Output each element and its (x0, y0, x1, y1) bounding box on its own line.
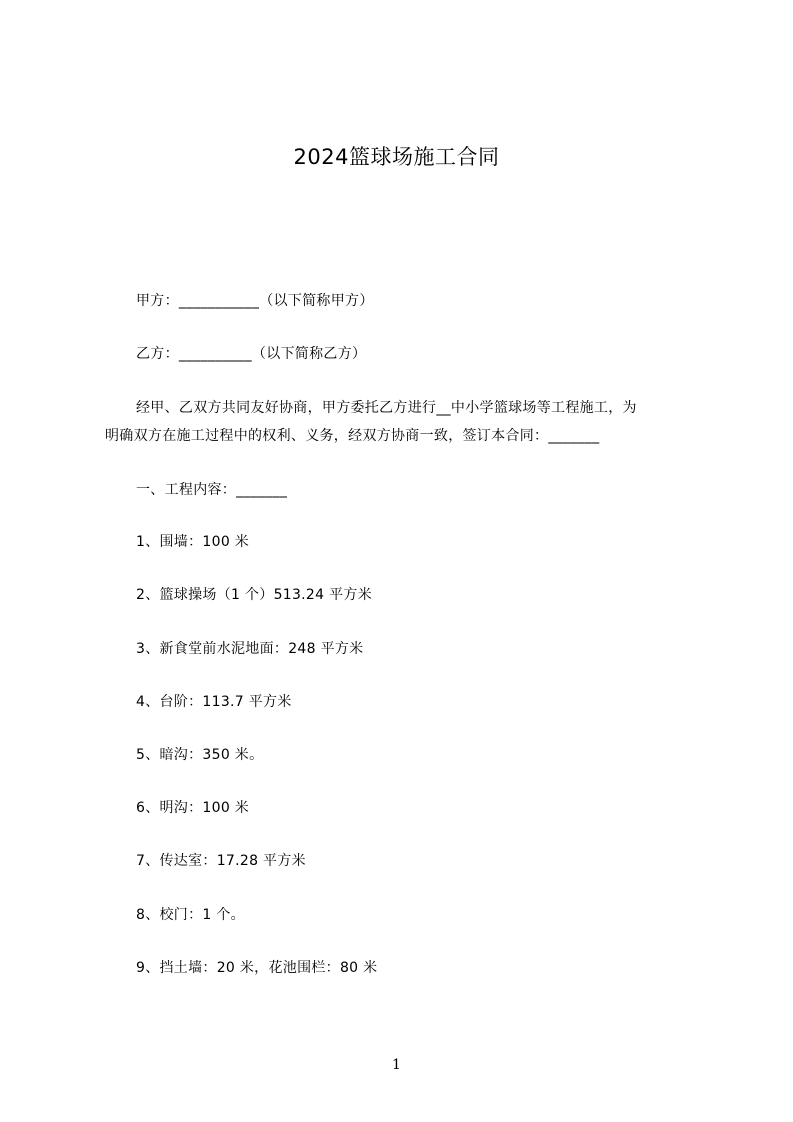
party-b-label: 乙方： (136, 346, 179, 362)
intro-line-1: 经甲、乙双方共同友好协商，甲方委托乙方进行__中小学篮球场等工程施工，为 (136, 398, 637, 418)
list-item: 2、篮球操场（1 个）513.24 平方米 (136, 585, 372, 605)
party-b-line: 乙方：__________（以下简称乙方） (136, 344, 366, 364)
list-item: 7、传达室：17.28 平方米 (136, 851, 306, 871)
party-a-line: 甲方：___________（以下简称甲方） (136, 291, 374, 311)
intro-line-1-prefix: 经甲、乙双方共同友好协商，甲方委托乙方进行 (136, 400, 436, 416)
party-a-label: 甲方： (136, 293, 179, 309)
section-1-heading-text: 一、工程内容： (136, 482, 236, 498)
intro-line-1-blank: __ (436, 400, 451, 416)
section-1-heading: 一、工程内容：_______ (136, 480, 287, 500)
list-item: 6、明沟：100 米 (136, 798, 249, 818)
list-item: 5、暗沟：350 米。 (136, 745, 263, 765)
document-title: 2024篮球场施工合同 (0, 143, 793, 171)
page-number: 1 (0, 1056, 793, 1074)
party-b-blank: __________ (179, 346, 252, 362)
party-b-suffix: （以下简称乙方） (252, 346, 366, 362)
section-1-blank: _______ (236, 482, 287, 498)
list-item: 3、新食堂前水泥地面：248 平方米 (136, 639, 363, 659)
list-item: 1、围墙：100 米 (136, 532, 249, 552)
party-a-suffix: （以下简称甲方） (259, 293, 373, 309)
list-item: 4、台阶：113.7 平方米 (136, 692, 292, 712)
intro-line-2-blank: _______ (548, 428, 599, 444)
list-item: 9、挡土墙：20 米，花池围栏：80 米 (136, 958, 377, 978)
list-item: 8、校门：1 个。 (136, 905, 245, 925)
document-page: 2024篮球场施工合同 甲方：___________（以下简称甲方） 乙方：__… (0, 0, 793, 1122)
intro-line-2: 明确双方在施工过程中的权利、义务，经双方协商一致，签订本合同：_______ (105, 426, 599, 446)
intro-line-2-prefix: 明确双方在施工过程中的权利、义务，经双方协商一致，签订本合同： (105, 428, 548, 444)
intro-line-1-suffix: 中小学篮球场等工程施工，为 (451, 400, 637, 416)
party-a-blank: ___________ (179, 293, 259, 309)
